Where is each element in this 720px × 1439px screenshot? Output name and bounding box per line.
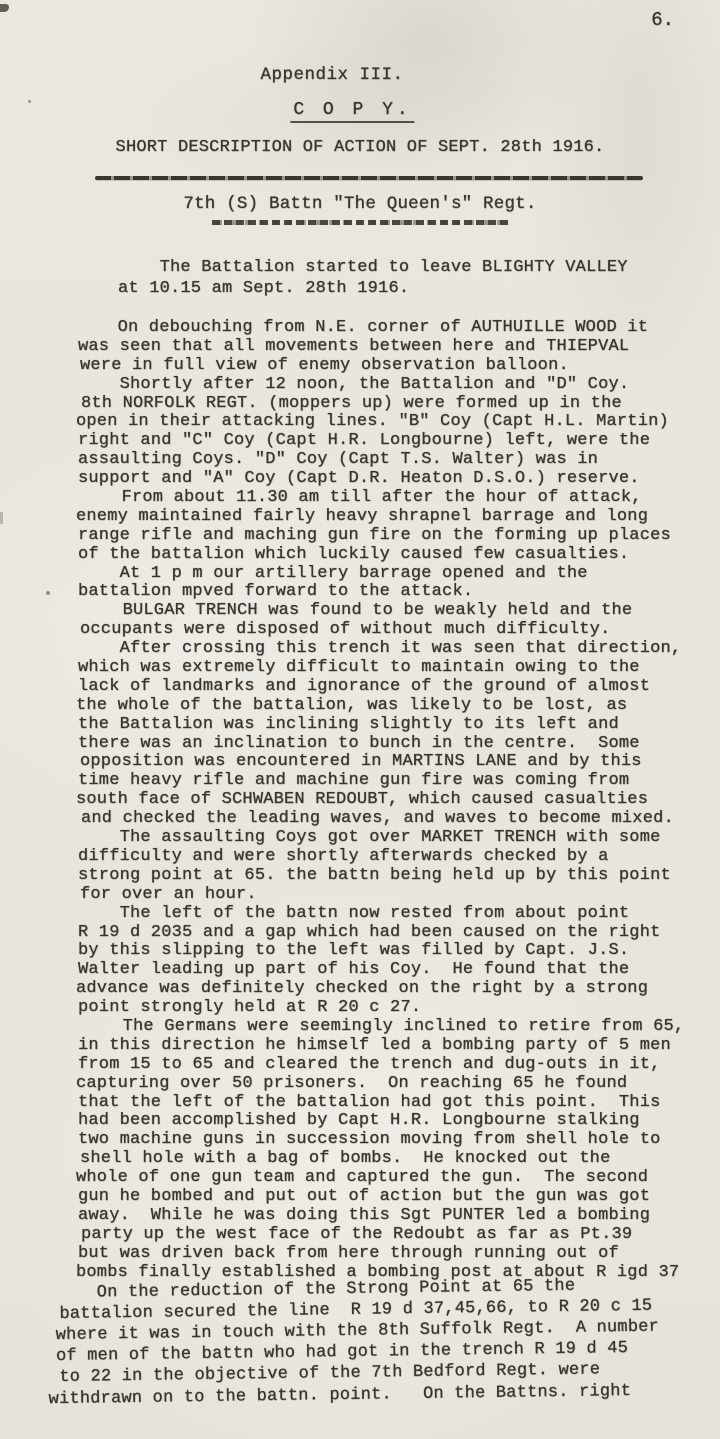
text-line: From about 11.30 am till after the hour … [80,489,683,508]
text-line: support and "A" Coy (Capt D.R. Heaton D.… [78,470,681,489]
text-line: the Battalion was inclining slightly to … [78,716,681,735]
text-line: time heavy rifle and machine gun fire wa… [78,772,681,791]
document-page: 6. Appendix III. C O P Y. SHORT DESCRIPT… [0,0,720,1439]
text-line: enemy maintained fairly heavy shrapnel b… [76,508,679,527]
text-line: were in full view of enemy observation b… [80,357,683,376]
text-line: gun he bombed and put out of action but … [78,1188,681,1207]
text-line: two machine guns in succession moving fr… [78,1131,681,1150]
text-line: assaulting Coys. "D" Coy (Capt T.S. Walt… [78,451,681,470]
scan-edge-mark [0,4,9,12]
text-line: occupants were disposed of without much … [80,621,683,640]
copy-heading: C O P Y. [290,100,414,123]
text-line: by this slipping to the left was filled … [78,942,681,961]
text-line: The Battalion started to leave BLIGHTY V… [118,258,628,279]
text-line: at 10.15 am Sept. 28th 1916. [118,279,628,300]
text-line: On debouching from N.E. corner of AUTHUI… [76,319,679,338]
text-line: lack of landmarks and ignorance of the g… [78,678,681,697]
text-line: south face of SCHWABEN REDOUBT, which ca… [76,791,679,810]
text-line: but was driven back from here through ru… [78,1245,681,1264]
text-line: there was an inclination to bunch in the… [78,735,681,754]
text-line: was seen that all movements between here… [78,338,681,357]
closing-paragraph: On the reduction of the Strong Point at … [55,1275,660,1411]
unit-heading: 7th (S) Battn "The Queen's" Regt. [0,194,720,214]
dashed-underline [212,220,510,225]
text-line: advance was definitely checked on the ri… [76,980,679,999]
text-line: in this direction he himself led a bombi… [78,1037,681,1056]
body-text: On debouching from N.E. corner of AUTHUI… [78,319,681,1282]
text-line: and checked the leading waves, and waves… [81,810,684,829]
text-line: battalion mpved forward to the attack. [78,583,681,602]
paper-speck [46,591,50,595]
text-line: capturing over 50 prisoners. On reaching… [76,1075,679,1094]
horizontal-rule [95,176,643,180]
text-line: point strongly held at R 20 c 27. [78,999,681,1018]
text-line: opposition was encountered in MARTINS LA… [80,753,683,772]
text-line: that the left of the battalion had got t… [78,1094,681,1113]
text-line: right and "C" Coy (Capt H.R. Longbourne)… [78,432,681,451]
text-line: The assaulting Coys got over MARKET TREN… [78,829,681,848]
text-line: The left of the battn now rested from ab… [78,905,681,924]
text-line: The Germans were seemingly inclined to r… [81,1018,684,1037]
document-title: SHORT DESCRIPTION OF ACTION OF SEPT. 28t… [0,138,720,157]
paper-speck [28,100,31,103]
text-line: strong point at 65. the battn being held… [78,867,681,886]
text-line: whole of one gun team and captured the g… [76,1169,679,1188]
text-line: 8th NORFOLK REGT. (moppers up) were form… [81,395,684,414]
text-line: which was extremely difficult to maintai… [78,659,681,678]
text-line: from 15 to 65 and cleared the trench and… [78,1056,681,1075]
text-line: R 19 d 2035 and a gap which had been cau… [78,924,681,943]
text-line: Walter leading up part of his Coy. He fo… [78,961,681,980]
scan-edge-mark [0,512,3,524]
appendix-heading: Appendix III. [0,65,692,85]
text-line: the whole of the battalion, was likely t… [76,697,679,716]
text-line: At 1 p m our artillery barrage opened an… [78,565,681,584]
text-line: away. While he was doing this Sgt PUNTER… [78,1207,681,1226]
text-line: After crossing this trench it was seen t… [78,640,681,659]
text-line: for over an hour. [80,886,683,905]
text-line: BULGAR TRENCH was found to be weakly hel… [81,602,684,621]
text-line: had been accomplished by Capt H.R. Longb… [78,1112,681,1131]
text-line: open in their attacking lines. "B" Coy (… [76,413,679,432]
text-line: shell hole with a bag of bombs. He knock… [80,1150,683,1169]
text-line: of the battalion which luckily caused fe… [78,546,681,565]
text-line: range rifle and maching gun fire on the … [78,527,681,546]
text-line: difficulty and were shortly afterwards c… [78,848,681,867]
text-line: party up the west face of the Redoubt as… [81,1226,684,1245]
intro-paragraph: The Battalion started to leave BLIGHTY V… [118,258,628,299]
text-line: Shortly after 12 noon, the Battalion and… [78,376,681,395]
page-number: 6. [651,9,674,31]
